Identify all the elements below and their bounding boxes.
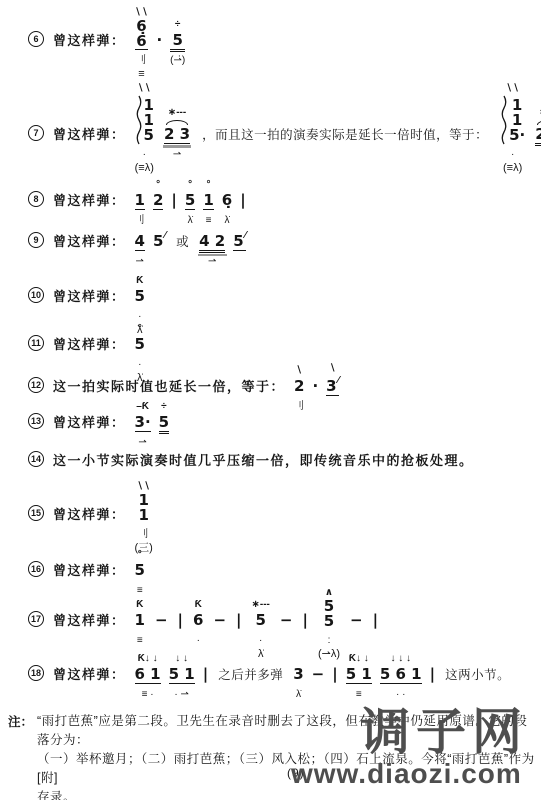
below-mark [237, 635, 240, 648]
main-note-row: 2 [153, 191, 163, 209]
underline [199, 252, 225, 253]
slide-mark: ⁄ [338, 375, 340, 386]
main-note-row: 5⁄ [153, 230, 166, 250]
notation-token: ∗---2 3⇀ [164, 106, 190, 177]
note-main: 6̣ [222, 191, 232, 209]
note-stack: 115 [144, 98, 154, 143]
below-mark [304, 635, 307, 648]
below-mark [158, 55, 161, 68]
below-mark-secondary [211, 269, 214, 284]
note-stack: 11 [138, 493, 148, 523]
notation-token: ∖∖115·(≡λ) [135, 82, 154, 177]
main-note-row: | [430, 665, 435, 683]
underline [159, 431, 169, 432]
notation-token: ↓ ↓5 1· ⇀ [169, 652, 195, 717]
notation-tokens: ∖2刂 · ∖3⁄ [294, 362, 339, 429]
above-mark: ↓ ↓ [175, 652, 188, 665]
above-mark: ÷ [175, 18, 181, 31]
underline [380, 683, 422, 684]
notation-token: · [156, 31, 162, 83]
main-note-row: | [332, 665, 337, 683]
note-main: | [302, 611, 307, 629]
note-main: 5 [172, 31, 182, 49]
notation-tokens: ∖∖115·(≡λ)∗---2 3⇀ ，而且这一拍的演奏实际是延长一倍时值，等于… [135, 82, 541, 177]
main-note-row: 5 1 [346, 665, 372, 683]
notation-token: ∖∖11刂(三) [135, 480, 153, 557]
underline [164, 143, 190, 144]
below-mark-secondary [238, 269, 241, 284]
main-note-row: − [312, 665, 325, 683]
note-main: | [430, 665, 435, 683]
underline [233, 250, 246, 251]
notation-tokens: ∖∖6̣6刂≡· ÷5(⇀̇) [135, 6, 186, 83]
main-note-row: 6̣ [222, 191, 232, 209]
underline [169, 683, 195, 684]
item-number-badge: 10 [28, 287, 44, 303]
note-main: − [213, 611, 226, 629]
main-note-row: 2 3 [535, 125, 541, 143]
below-mark [158, 256, 161, 269]
slide-mark: ⁄ [245, 230, 247, 241]
note-main: | [171, 191, 176, 209]
note-main: 1 [203, 191, 213, 209]
item-label: 曾这样弹： [53, 190, 126, 209]
below-mark: : [328, 635, 331, 648]
main-note-row: 5 [255, 611, 265, 629]
below-mark [355, 635, 358, 648]
underline [135, 209, 145, 210]
note-main: − [155, 611, 168, 629]
main-note-row: 5⁄ [233, 230, 246, 250]
notation-token: ∖∖115··(≡λ) [500, 82, 525, 177]
above-mark: ÷ [161, 400, 167, 413]
below-mark-secondary [314, 414, 317, 429]
item-row: 7曾这样弹：∖∖115·(≡λ)∗---2 3⇀ ，而且这一拍的演奏实际是延长一… [28, 82, 541, 177]
stack-note: 5· [509, 128, 525, 143]
note-main: 5 1 [169, 665, 195, 683]
item-label: 曾这样弹： [53, 664, 126, 683]
inline-text: 这两小节。 [445, 665, 510, 683]
stack-note: 1 [138, 508, 148, 523]
arpeggio-wavy-icon [135, 95, 142, 145]
below-mark [218, 635, 221, 648]
above-mark: Ƙ↓ ↓ [138, 652, 158, 665]
main-note-row: 6 1 [135, 665, 161, 683]
below-mark: (⇀̇) [170, 55, 185, 68]
note-stack: 115· [509, 98, 525, 143]
below-mark [157, 215, 160, 228]
notation-token: − [312, 665, 325, 717]
main-note-row: 5 [159, 413, 169, 431]
main-note-row: | [203, 665, 208, 683]
below-mark: · ⇀ [174, 689, 189, 702]
above-mark: ∖ [296, 364, 303, 377]
below-mark: λ̇ [188, 215, 193, 228]
item-label: 这一拍实际时值也延长一倍，等于： [53, 376, 285, 395]
notation-token: ∖3⁄ [326, 362, 339, 429]
main-note-row: | [302, 611, 307, 629]
note-main: 5 [255, 611, 265, 629]
below-mark [204, 689, 207, 702]
main-note-row: 5 [135, 561, 145, 579]
stack-note: 6 [136, 34, 146, 49]
item-number-badge: 7 [28, 125, 44, 141]
note-main: 5 [185, 191, 195, 209]
main-note-row: · [312, 377, 318, 395]
below-mark [160, 635, 163, 648]
inline-text: 之后并多弹 [218, 665, 283, 683]
item-label: 曾这样弹： [53, 560, 126, 579]
item-label: 这一小节实际演奏时值几乎压缩一倍，即传统音乐中的抢板处理。 [53, 450, 474, 469]
above-mark: ∖∖ [137, 82, 151, 95]
below-mark: ≡ [137, 635, 143, 648]
main-note-row: 2 [294, 377, 304, 395]
notation-token: Ƙ↓ ↓6 1≡ · [135, 652, 161, 717]
note-main: 5 [233, 232, 243, 250]
item-row: 6曾这样弹：∖∖6̣6刂≡· ÷5(⇀̇) [28, 6, 185, 83]
main-note-row: 3 [293, 665, 303, 683]
note-stack: 6̣6 [136, 19, 146, 49]
main-note-row: 2 3 [164, 125, 190, 143]
note-main: 6 [193, 611, 203, 629]
below-mark-secondary: (≡λ) [135, 162, 154, 177]
note-main: 4 [135, 232, 145, 250]
item-number-badge: 14 [28, 451, 44, 467]
notation-token: | [332, 665, 337, 717]
underline [326, 395, 339, 396]
below-mark [179, 635, 182, 648]
item-number-badge: 13 [28, 413, 44, 429]
underline [170, 51, 185, 52]
note-main: 2 3 [164, 125, 190, 143]
item-label: 曾这样弹： [53, 231, 126, 250]
main-note-row: | [373, 611, 378, 629]
notation-token: | [203, 665, 208, 717]
note-main: | [240, 191, 245, 209]
main-note-row: 1 [135, 191, 145, 209]
notation-token: 5⁄ [233, 230, 246, 284]
below-mark: · [511, 149, 514, 162]
note-main: 5 [135, 561, 145, 579]
note-stack: 55 [324, 599, 334, 629]
below-mark: 刂 [135, 215, 145, 228]
below-mark-secondary [158, 269, 161, 284]
below-mark: · · [396, 689, 405, 702]
underline [135, 431, 151, 432]
main-note-row: 1 [203, 191, 213, 209]
note-main: − [350, 611, 363, 629]
item-label: 曾这样弹： [53, 412, 126, 431]
below-mark: ≡ [356, 689, 362, 702]
below-mark [285, 635, 288, 648]
below-mark: ≡ [206, 215, 212, 228]
item-number-badge: 8 [28, 191, 44, 207]
footnote-prefix: 注： [8, 712, 33, 800]
main-note-row: 3⁄ [326, 375, 339, 395]
above-mark: Ƙ [136, 274, 143, 287]
main-note-row: 4 [135, 232, 145, 250]
underline [185, 209, 195, 210]
note-main: 6 1 [135, 665, 161, 683]
above-mark: Ƙ↓ ↓ [349, 652, 369, 665]
below-mark-secondary [158, 68, 161, 83]
below-mark [431, 689, 434, 702]
stack-note: 5 [144, 128, 154, 143]
below-mark [331, 401, 334, 414]
main-note-row: 115 [135, 95, 154, 143]
notation-token: :∗---2 3 [535, 95, 541, 177]
below-mark: · [197, 635, 200, 648]
note-main: 2 [294, 377, 304, 395]
above-mark: ∖ [329, 362, 336, 375]
note-main: 5 [135, 335, 145, 353]
inline-text: 或 [176, 232, 189, 250]
below-mark: · [143, 149, 146, 162]
note-main: 5 [153, 232, 163, 250]
note-main: 3 [326, 377, 336, 395]
notation-token: ∖∖6̣6刂≡ [135, 6, 149, 83]
main-note-row: | [178, 611, 183, 629]
item-number-badge: 11 [28, 335, 44, 351]
main-note-row: 4 2 [199, 232, 225, 250]
stack-note: 5 [324, 614, 334, 629]
below-mark-secondary [331, 414, 334, 429]
main-note-row: 55 [324, 599, 334, 629]
note-main: 3 [293, 665, 303, 683]
main-note-row: 6 [193, 611, 203, 629]
item-number-badge: 16 [28, 561, 44, 577]
below-mark [173, 215, 176, 228]
inline-text: ，而且这一拍的演奏实际是延长一倍时值，等于： [202, 125, 488, 143]
note-main: 2 3 [535, 125, 541, 143]
below-mark: ⇀ [208, 256, 216, 269]
underline [170, 49, 185, 50]
item-row: 15曾这样弹：∖∖11刂(三) [28, 480, 153, 557]
main-note-row: 5 6 1 [380, 665, 422, 683]
note-main: − [312, 665, 325, 683]
item-label: 曾这样弹： [53, 504, 126, 523]
gray-underline [163, 145, 192, 148]
below-mark: · [259, 635, 262, 648]
item-number-badge: 15 [28, 505, 44, 521]
item-number-badge: 6 [28, 31, 44, 47]
below-mark: ≡ · [142, 689, 154, 702]
below-mark [242, 215, 245, 228]
note-main: · [312, 377, 318, 395]
below-mark: 刂 [136, 55, 146, 68]
main-note-row: − [350, 611, 363, 629]
main-note-row: 3· [135, 413, 151, 431]
below-mark [317, 689, 320, 702]
below-mark-secondary [175, 162, 178, 177]
note-main: 5 [135, 287, 145, 305]
arpeggio-wavy-icon [500, 95, 507, 145]
main-note-row: − [155, 611, 168, 629]
above-mark: ° [138, 322, 142, 335]
main-note-row: | [240, 191, 245, 209]
note-main: 3· [135, 413, 151, 431]
main-note-row: 5 [172, 31, 182, 49]
below-mark: 刂 [139, 529, 149, 542]
above-mark: ∗--- [168, 106, 186, 119]
underline [203, 209, 213, 210]
above-mark: ° [138, 548, 142, 561]
underline [135, 49, 149, 50]
underline-row [535, 143, 541, 149]
note-main: 5 6 1 [380, 665, 422, 683]
below-mark-secondary: (≡λ) [503, 162, 522, 177]
below-mark-secondary: ≡ [138, 68, 144, 83]
underline [535, 143, 541, 144]
below-mark [314, 401, 317, 414]
item-label: 曾这样弹： [53, 610, 126, 629]
notation-token: ÷5(⇀̇) [170, 18, 185, 83]
main-note-row: 5 1 [169, 665, 195, 683]
underline [159, 433, 169, 434]
above-mark: ° [207, 178, 211, 191]
note-main: | [332, 665, 337, 683]
item-number-badge: 18 [28, 665, 44, 681]
main-note-row: 6̣6 [136, 19, 146, 49]
slide-mark: ⁄ [164, 230, 166, 241]
below-mark: λ̇ [296, 689, 301, 702]
item-number-badge: 17 [28, 611, 44, 627]
below-mark: ⇀ [138, 437, 146, 450]
main-note-row: 5 [135, 335, 145, 353]
notation-token: ∖2刂 [294, 364, 304, 429]
note-main: − [280, 611, 293, 629]
underline [535, 145, 541, 146]
above-mark: ∗--- [252, 598, 270, 611]
main-note-row: 115· [500, 95, 525, 143]
main-note-row: · [156, 31, 162, 49]
main-note-row: | [171, 191, 176, 209]
underline [135, 250, 145, 251]
above-mark: ° [188, 178, 192, 191]
item-label: 曾这样弹： [53, 286, 126, 305]
above-mark: ∖∖ [506, 82, 520, 95]
main-note-row: − [280, 611, 293, 629]
above-mark: ° [156, 178, 160, 191]
item-number-badge: 12 [28, 377, 44, 393]
note-main: | [373, 611, 378, 629]
above-mark: –Ƙ [136, 400, 149, 413]
main-note-row: 5 [185, 191, 195, 209]
underline [346, 683, 372, 684]
main-note-row: 5 [135, 287, 145, 305]
below-mark: ⇀ [173, 149, 181, 162]
underline [135, 683, 161, 684]
underline [199, 250, 225, 251]
note-main: | [236, 611, 241, 629]
main-note-row: 1 [135, 611, 145, 629]
note-main: | [178, 611, 183, 629]
watermark-site-url: www.diaozi.com [291, 757, 522, 791]
item-label: 曾这样弹： [53, 30, 126, 49]
below-mark-secondary [176, 68, 179, 83]
note-main: 1 [135, 191, 145, 209]
below-mark: λ̇ [224, 215, 229, 228]
note-main: 4 2 [199, 232, 225, 250]
above-mark: Ƙ [136, 598, 143, 611]
below-mark: 刂 [294, 401, 304, 414]
notation-token: 3λ̇ [293, 665, 303, 717]
note-main: 2 [153, 191, 163, 209]
note-main: | [203, 665, 208, 683]
item-label: 曾这样弹： [53, 334, 126, 353]
item-label: 曾这样弹： [53, 124, 126, 143]
underline [153, 209, 163, 210]
sheet-music-instruction-page: 6曾这样弹：∖∖6̣6刂≡· ÷5(⇀̇) 7曾这样弹：∖∖115·(≡λ)∗-… [0, 0, 541, 800]
above-mark: ↓ ↓ ↓ [390, 652, 411, 665]
note-main: 5 [159, 413, 169, 431]
notation-token: 5⁄ [153, 230, 166, 284]
below-mark [374, 635, 377, 648]
note-main: · [156, 31, 162, 49]
main-note-row: | [236, 611, 241, 629]
notation-tokens: 4⇀ 5⁄ 或4 2⇀ 5⁄ [135, 230, 247, 284]
main-note-row: 11 [138, 493, 148, 523]
notation-token: · [312, 377, 318, 429]
below-mark-secondary [298, 414, 301, 429]
notation-tokens: ∖∖11刂(三) [135, 480, 153, 557]
main-note-row: − [213, 611, 226, 629]
below-mark [334, 689, 337, 702]
above-mark: Ƙ [195, 598, 202, 611]
watermark-site-name: 调子网 [360, 704, 528, 760]
below-mark [238, 256, 241, 269]
notation-token: 4 2⇀ [199, 232, 225, 284]
note-main: 1 [135, 611, 145, 629]
item-number-badge: 9 [28, 232, 44, 248]
note-main: 5 1 [346, 665, 372, 683]
below-mark [162, 437, 165, 450]
below-mark: ⇀ [136, 256, 144, 269]
